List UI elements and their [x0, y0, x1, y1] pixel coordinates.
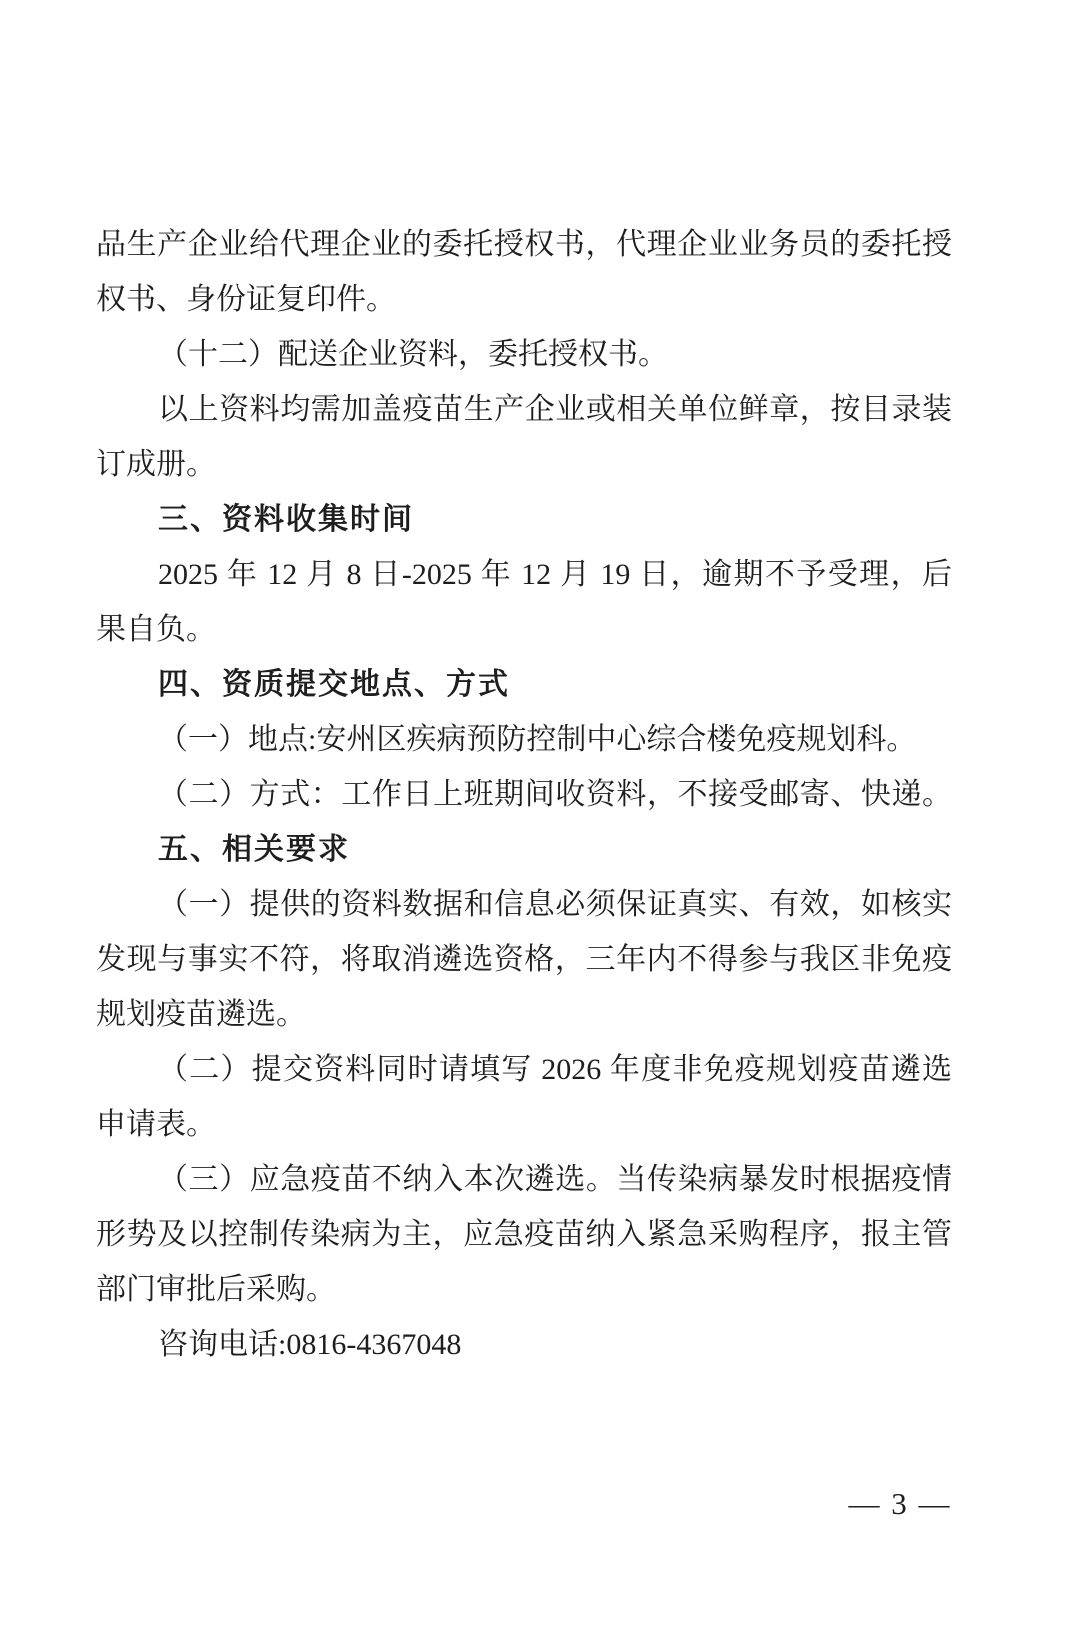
paragraph-line: 形势及以控制传染病为主，应急疫苗纳入紧急采购程序，报主管 [96, 1207, 952, 1262]
contact-phone-line: 咨询电话:0816-4367048 [96, 1317, 952, 1372]
paragraph-line: 部门审批后采购。 [96, 1262, 952, 1317]
paragraph-line: 品生产企业给代理企业的委托授权书，代理企业业务员的委托授 [96, 217, 952, 272]
item-12-line: （十二）配送企业资料，委托授权书。 [96, 327, 952, 382]
collection-date-line: 2025 年 12 月 8 日-2025 年 12 月 19 日，逾期不予受理，… [96, 547, 952, 602]
paragraph-line: 申请表。 [96, 1097, 952, 1152]
page-number: — 3 — [810, 1483, 990, 1525]
method-line: （二）方式：工作日上班期间收资料，不接受邮寄、快递。 [96, 767, 952, 822]
requirement-3-line: （三）应急疫苗不纳入本次遴选。当传染病暴发时根据疫情 [96, 1152, 952, 1207]
paragraph-line: 以上资料均需加盖疫苗生产企业或相关单位鲜章，按目录装 [96, 382, 952, 437]
section-heading-5: 五、相关要求 [96, 822, 952, 877]
paragraph-line: 果自负。 [96, 602, 952, 657]
paragraph-line: 订成册。 [96, 437, 952, 492]
section-heading-3: 三、资料收集时间 [96, 492, 952, 547]
requirement-2-line: （二）提交资料同时请填写 2026 年度非免疫规划疫苗遴选 [96, 1042, 952, 1097]
paragraph-line: 发现与事实不符，将取消遴选资格，三年内不得参与我区非免疫 [96, 932, 952, 987]
section-heading-4: 四、资质提交地点、方式 [96, 657, 952, 712]
paragraph-line: 规划疫苗遴选。 [96, 987, 952, 1042]
document-page: 品生产企业给代理企业的委托授权书，代理企业业务员的委托授 权书、身份证复印件。 … [0, 0, 1080, 1647]
requirement-1-line: （一）提供的资料数据和信息必须保证真实、有效，如核实 [96, 877, 952, 932]
paragraph-line: 权书、身份证复印件。 [96, 272, 952, 327]
document-body: 品生产企业给代理企业的委托授权书，代理企业业务员的委托授 权书、身份证复印件。 … [96, 217, 952, 1372]
location-line: （一）地点:安州区疾病预防控制中心综合楼免疫规划科。 [96, 712, 952, 767]
